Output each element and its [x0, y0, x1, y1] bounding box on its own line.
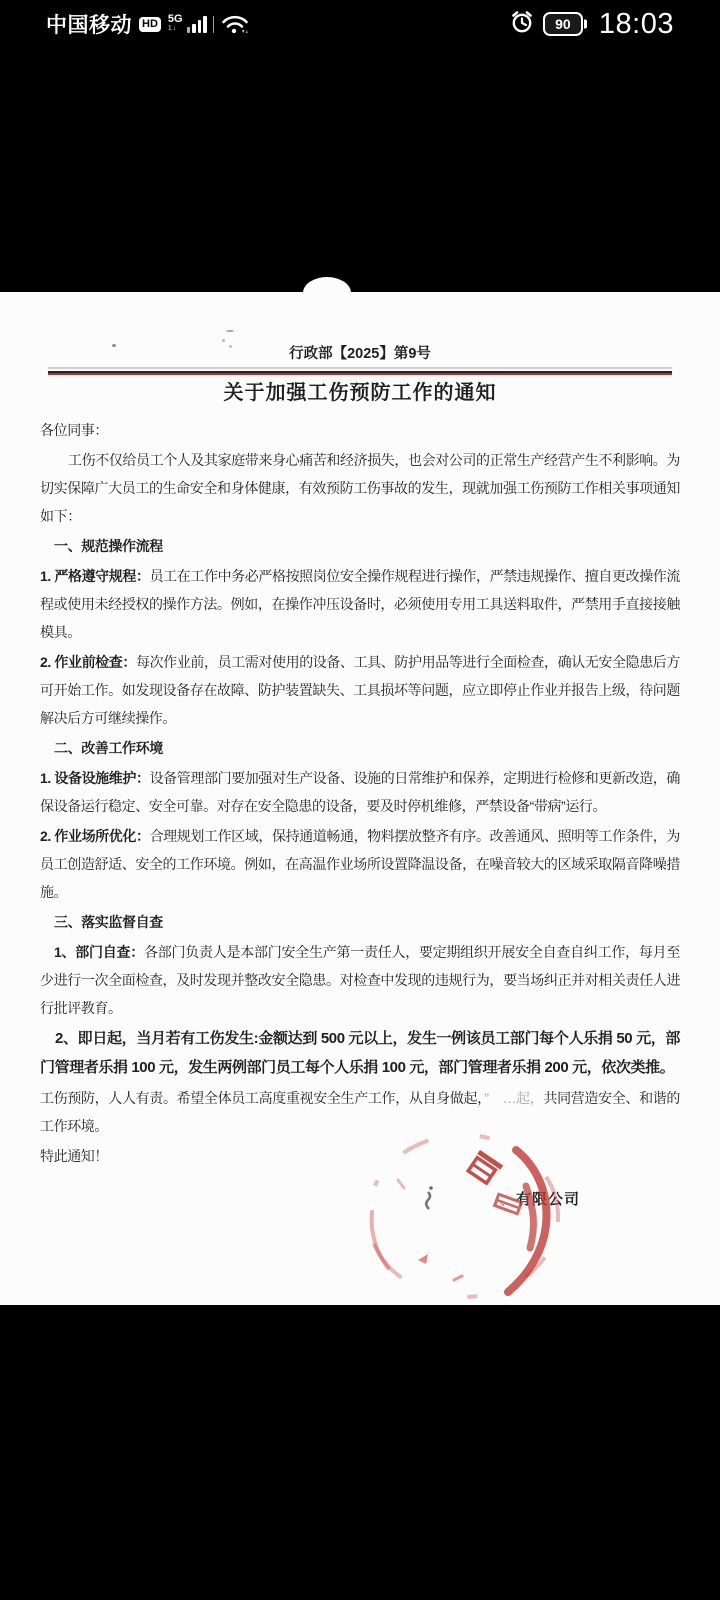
- hd-volte-icon: HD: [139, 17, 161, 32]
- scan-speck: [222, 339, 225, 342]
- intro-paragraph: 工伤不仅给员工个人及其家庭带来身心痛苦和经济损失，也会对公司的正常生产经营产生不…: [40, 446, 680, 530]
- document-body: 行政部【2025】第9号 关于加强工伤预防工作的通知 各位同事： 工伤不仅给员工…: [0, 292, 720, 1170]
- header-rule: [48, 367, 672, 375]
- network-type-label: 5G: [168, 15, 183, 24]
- item-label: 1、部门自查：: [54, 944, 144, 960]
- section3-heading: 三、落实监督自查: [40, 908, 680, 936]
- scan-speck: [112, 344, 116, 347]
- battery-percent: 90: [555, 16, 571, 32]
- item-label: 1. 严格遵守规程：: [40, 568, 150, 584]
- item-text: 每次作业前，员工需对使用的设备、工具、防护用品等进行全面检查，确认无安全隐患后方…: [40, 654, 680, 726]
- item-label: 2. 作业场所优化：: [40, 828, 150, 844]
- wifi-icon: [221, 13, 249, 35]
- section1-item1: 1. 严格遵守规程：员工在工作中务必严格按照岗位安全操作规程进行操作，严禁违规操…: [40, 562, 680, 646]
- company-stamp-icon: [358, 1128, 573, 1304]
- status-bar: 中国移动 HD 5G 1↓: [0, 0, 720, 46]
- battery-indicator: 90: [543, 12, 583, 36]
- section3-item1: 1、部门自查：各部门负责人是本部门安全生产第一责任人，要定期组织开展安全自查自纠…: [40, 938, 680, 1022]
- carrier-label: 中国移动: [46, 9, 132, 39]
- network-type-indicator: 5G 1↓: [168, 15, 183, 33]
- doc-title: 关于加强工伤预防工作的通知: [40, 380, 680, 407]
- section2-heading: 二、改善工作环境: [40, 734, 680, 762]
- section2-item2: 2. 作业场所优化：合理规划工作区域，保持通道畅通，物料摆放整齐有序。改善通风、…: [40, 822, 680, 906]
- salutation: 各位同事：: [40, 416, 680, 444]
- section1-item2: 2. 作业前检查：每次作业前，员工需对使用的设备、工具、防护用品等进行全面检查，…: [40, 648, 680, 732]
- scan-speck: [226, 330, 234, 332]
- paper-edge-bump: [303, 277, 351, 293]
- signal-strength-icon: [187, 16, 207, 33]
- item-label: 1. 设备设施维护：: [40, 770, 150, 786]
- section2-item1: 1. 设备设施维护：设备管理部门要加强对生产设备、设施的日常维护和保养，定期进行…: [40, 764, 680, 820]
- closing-text: 工伤预防，人人有责。希望全体员工高度重视安全生产工作，从自身做起，: [40, 1090, 484, 1106]
- section3-item2-bold: 2、即日起，当月若有工伤发生:金额达到 500 元以上，发生一例该员工部门每个人…: [40, 1024, 680, 1082]
- item-label: 2. 作业前检查：: [40, 654, 136, 670]
- document-photo[interactable]: 行政部【2025】第9号 关于加强工伤预防工作的通知 各位同事： 工伤不仅给员工…: [0, 292, 720, 1305]
- scan-speck: [229, 345, 232, 348]
- status-divider: [213, 16, 215, 33]
- alarm-clock-icon: [509, 9, 535, 40]
- phone-screen: 中国移动 HD 5G 1↓: [0, 0, 720, 1600]
- doc-number: 行政部【2025】第9号: [40, 346, 680, 363]
- network-arrows-icon: 1↓: [168, 24, 177, 33]
- closing-erased-text: ’’ …起，: [484, 1090, 544, 1106]
- status-bar-right: 90 18:03: [509, 8, 674, 41]
- status-time: 18:03: [599, 8, 674, 41]
- section1-heading: 一、规范操作流程: [40, 532, 680, 560]
